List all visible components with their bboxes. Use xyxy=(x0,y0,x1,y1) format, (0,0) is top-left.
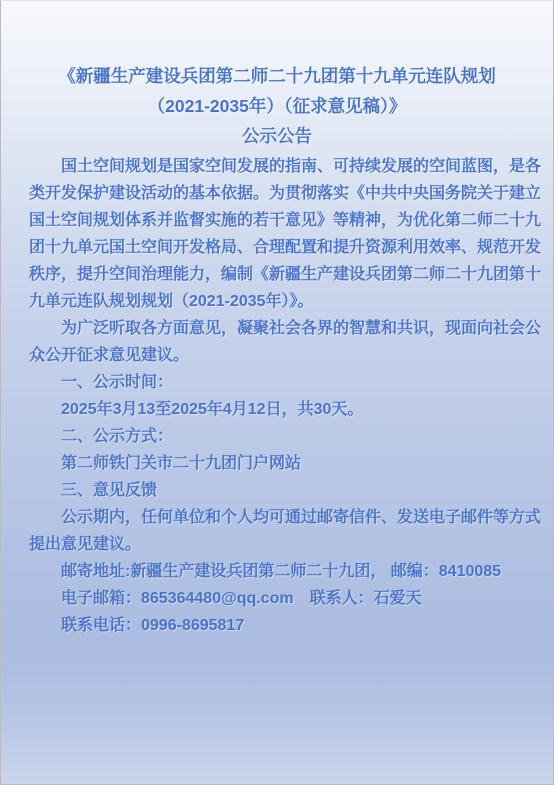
notice-line: 众公开征求意见建议。 xyxy=(29,342,525,369)
notice-heading: 公示公告 xyxy=(29,121,525,151)
notice-section-2-title: 二、公示方式： xyxy=(29,423,525,450)
notice-mail-address: 邮寄地址:新疆生产建设兵团第二师二十九团， 邮编：8410085 xyxy=(29,558,525,585)
notice-publicity-period: 2025年3月13至2025年4月12日，共30天。 xyxy=(29,396,525,423)
notice-line: 秩序，提升空间治理能力，编制《新疆生产建设兵团第二师二十九团第十 xyxy=(29,261,525,288)
notice-line: 提出意见建议。 xyxy=(29,531,525,558)
notice-email-contact: 电子邮箱：865364480@qq.com 联系人：石爱天 xyxy=(29,585,525,612)
notice-publicity-website: 第二师铁门关市二十九团门户网站 xyxy=(29,450,525,477)
notice-line: 国土空间规划体系并监督实施的若干意见》等精神，为优化第二师二十九 xyxy=(29,207,525,234)
notice-line: 团十九单元国土空间开发格局、合理配置和提升资源利用效率、规范开发 xyxy=(29,234,525,261)
notice-line: 类开发保护建设活动的基本依据。为贯彻落实《中共中央国务院关于建立 xyxy=(29,180,525,207)
notice-line: 九单元连队规划规划（2021-2035年）》。 xyxy=(29,288,525,315)
notice-title-line-1: 《新疆生产建设兵团第二师二十九团第十九单元连队规划 xyxy=(29,61,525,91)
notice-line: 国土空间规划是国家空间发展的指南、可持续发展的空间蓝图，是各 xyxy=(29,153,525,180)
public-notice-page: 《新疆生产建设兵团第二师二十九团第十九单元连队规划 （2021-2035年）（征… xyxy=(0,0,554,785)
notice-body: 国土空间规划是国家空间发展的指南、可持续发展的空间蓝图，是各 类开发保护建设活动… xyxy=(29,153,525,639)
notice-section-1-title: 一、公示时间： xyxy=(29,369,525,396)
notice-section-3-title: 三、意见反馈 xyxy=(29,477,525,504)
notice-title-line-2: （2021-2035年）（征求意见稿）》 xyxy=(29,91,525,121)
notice-phone: 联系电话：0996-8695817 xyxy=(29,612,525,639)
notice-line: 公示期内，任何单位和个人均可通过邮寄信件、发送电子邮件等方式 xyxy=(29,504,525,531)
notice-line: 为广泛听取各方面意见，凝聚社会各界的智慧和共识，现面向社会公 xyxy=(29,315,525,342)
